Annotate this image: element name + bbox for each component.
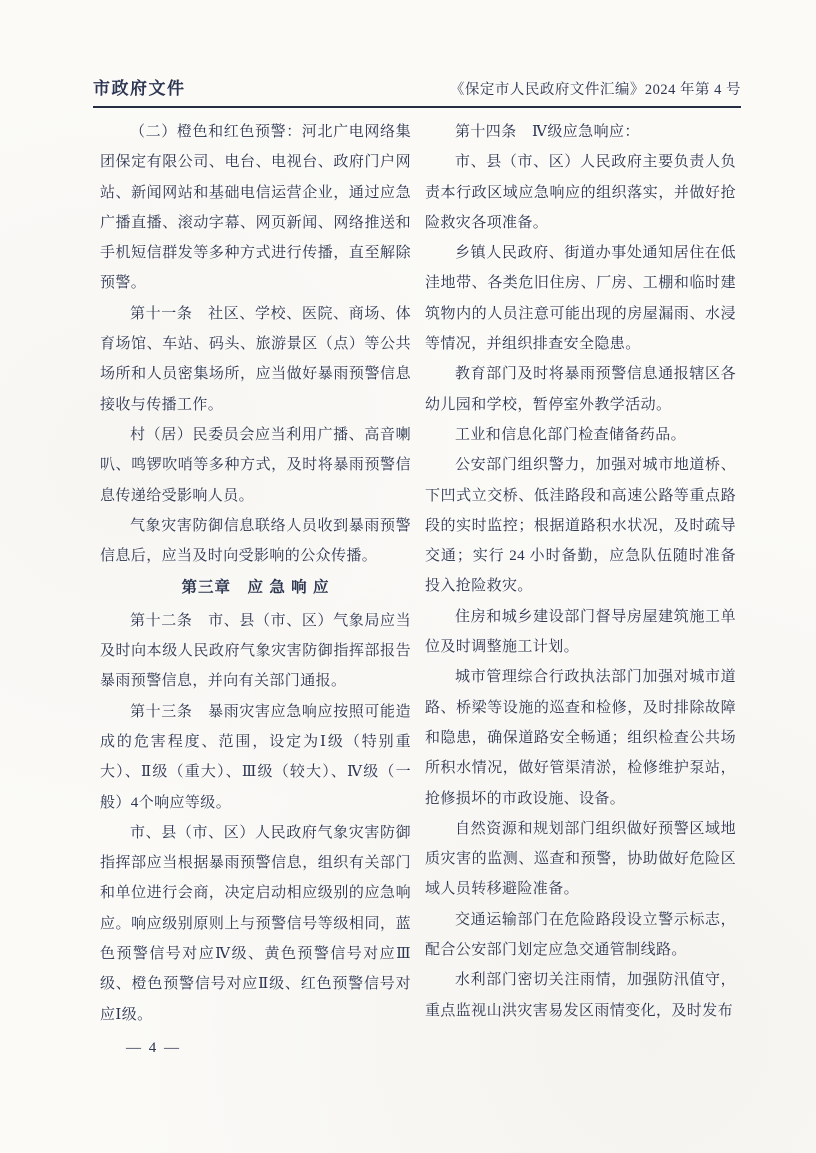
body-paragraph: 城市管理综合行政执法部门加强对城市道路、桥梁等设施的巡查和检修，及时排除故障和隐… [425, 662, 736, 813]
body-paragraph: 市、县（市、区）人民政府主要负责人负责本行政区域应急响应的组织落实，并做好抢险救… [425, 147, 736, 238]
body-paragraph: 自然资源和规划部门组织做好预警区域地质灾害的监测、巡查和预警，协助做好危险区域人… [425, 814, 736, 905]
body-paragraph: （二）橙色和红色预警：河北广电网络集团保定有限公司、电台、电视台、政府门户网站、… [100, 117, 411, 299]
body-paragraph: 公安部门组织警力，加强对城市地道桥、下凹式立交桥、低洼路段和高速公路等重点路段的… [425, 450, 736, 601]
page-header: 市政府文件 《保定市人民政府文件汇编》2024 年第 4 号 [93, 74, 741, 108]
page-number: — 4 — [126, 1040, 181, 1057]
body-paragraph: 市、县（市、区）人民政府气象灾害防御指挥部应当根据暴雨预警信息，组织有关部门和单… [100, 818, 411, 1030]
body-paragraph: 气象灾害防御信息联络人员收到暴雨预警信息后，应当及时向受影响的公众传播。 [100, 511, 411, 572]
body-paragraph: 工业和信息化部门检查储备药品。 [425, 420, 736, 450]
document-body: （二）橙色和红色预警：河北广电网络集团保定有限公司、电台、电视台、政府门户网站、… [100, 117, 736, 1030]
header-compilation-title: 《保定市人民政府文件汇编》2024 年第 4 号 [450, 78, 741, 99]
body-paragraph: 交通运输部门在危险路段设立警示标志，配合公安部门划定应急交通管制线路。 [425, 905, 736, 966]
body-paragraph: 住房和城乡建设部门督导房屋建筑施工单位及时调整施工计划。 [425, 602, 736, 663]
body-paragraph: 教育部门及时将暴雨预警信息通报辖区各幼儿园和学校，暂停室外教学活动。 [425, 359, 736, 420]
body-paragraph: 第十一条 社区、学校、医院、商场、体育场馆、车站、码头、旅游景区（点）等公共场所… [100, 299, 411, 420]
body-paragraph: 第十三条 暴雨灾害应急响应按照可能造成的危害程度、范围，设定为Ⅰ级（特别重大）、… [100, 697, 411, 818]
header-document-type: 市政府文件 [93, 74, 186, 99]
body-paragraph: 乡镇人民政府、街道办事处通知居住在低洼地带、各类危旧住房、厂房、工棚和临时建筑物… [425, 238, 736, 359]
body-paragraph: 水利部门密切关注雨情，加强防汛值守，重点监视山洪灾害易发区雨情变化，及时发布 [425, 965, 736, 1026]
left-column: （二）橙色和红色预警：河北广电网络集团保定有限公司、电台、电视台、政府门户网站、… [100, 117, 411, 1030]
body-paragraph: 第十二条 市、县（市、区）气象局应当及时向本级人民政府气象灾害防御指挥部报告暴雨… [100, 606, 411, 697]
right-column: 第十四条 Ⅳ级应急响应：市、县（市、区）人民政府主要负责人负责本行政区域应急响应… [425, 117, 736, 1030]
chapter-heading: 第三章 应 急 响 应 [100, 573, 411, 603]
document-page: 市政府文件 《保定市人民政府文件汇编》2024 年第 4 号 （二）橙色和红色预… [0, 0, 816, 1153]
body-paragraph: 村（居）民委员会应当利用广播、高音喇叭、鸣锣吹哨等多种方式，及时将暴雨预警信息传… [100, 420, 411, 511]
body-paragraph: 第十四条 Ⅳ级应急响应： [425, 117, 736, 147]
